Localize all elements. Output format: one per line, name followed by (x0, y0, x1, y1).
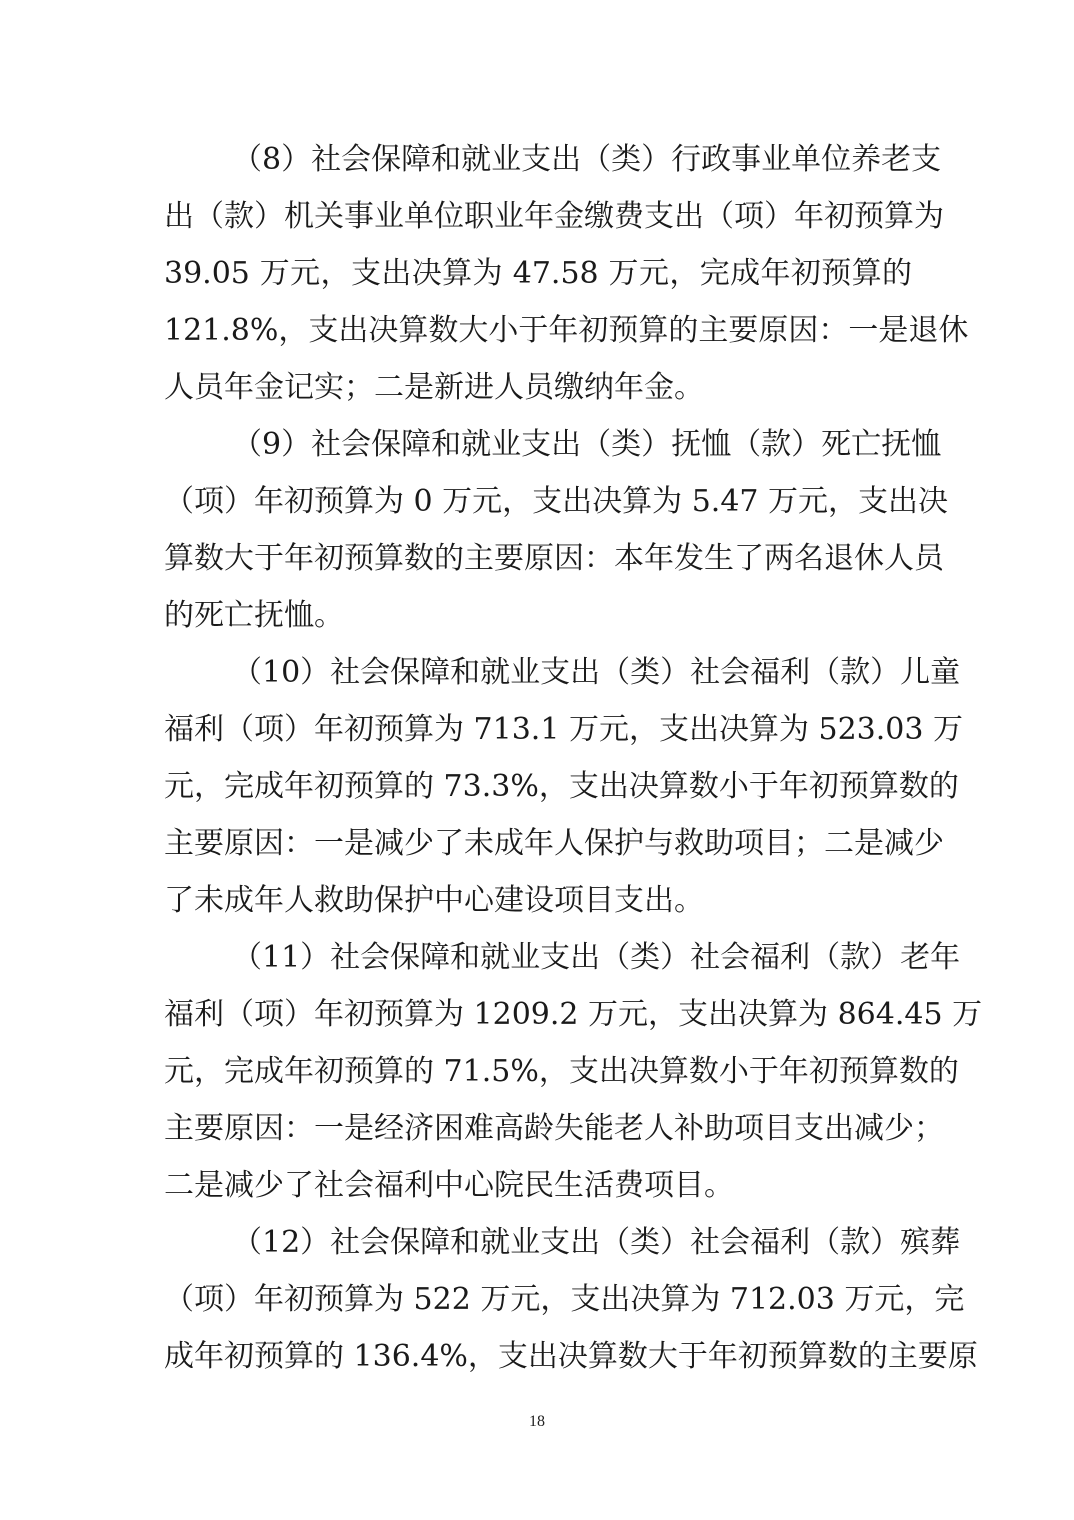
paragraph-10-line-3: 元，完成年初预算的 73.3%，支出决算数小于年初预算数的 (164, 767, 912, 807)
paragraph-11-line-3: 元，完成年初预算的 71.5%，支出决算数小于年初预算数的 (164, 1052, 912, 1092)
paragraph-11-line-4: 主要原因：一是经济困难高龄失能老人补助项目支出减少； (164, 1109, 912, 1149)
paragraph-10-line-2: 福利（项）年初预算为 713.1 万元，支出决算为 523.03 万 (164, 710, 912, 750)
paragraph-10-line-4: 主要原因：一是减少了未成年人保护与救助项目；二是减少 (164, 824, 912, 864)
paragraph-8-line-4: 121.8%，支出决算数大小于年初预算的主要原因：一是退休 (164, 311, 912, 351)
paragraph-11-line-5: 二是减少了社会福利中心院民生活费项目。 (164, 1166, 912, 1206)
paragraph-12-line-1: （12）社会保障和就业支出（类）社会福利（款）殡葬 (232, 1223, 912, 1263)
paragraph-9-line-3: 算数大于年初预算数的主要原因：本年发生了两名退休人员 (164, 539, 912, 579)
paragraph-8-line-2: 出（款）机关事业单位职业年金缴费支出（项）年初预算为 (164, 197, 912, 237)
document-page: （8）社会保障和就业支出（类）行政事业单位养老支 出（款）机关事业单位职业年金缴… (0, 0, 1074, 1520)
paragraph-8-line-5: 人员年金记实；二是新进人员缴纳年金。 (164, 368, 912, 408)
paragraph-8-line-3: 39.05 万元，支出决算为 47.58 万元，完成年初预算的 (164, 254, 912, 294)
paragraph-9-line-2: （项）年初预算为 0 万元，支出决算为 5.47 万元，支出决 (164, 482, 912, 522)
paragraph-8-line-1: （8）社会保障和就业支出（类）行政事业单位养老支 (232, 140, 912, 180)
paragraph-9-line-1: （9）社会保障和就业支出（类）抚恤（款）死亡抚恤 (232, 425, 912, 465)
paragraph-11-line-2: 福利（项）年初预算为 1209.2 万元，支出决算为 864.45 万 (164, 995, 912, 1035)
paragraph-9-line-4: 的死亡抚恤。 (164, 596, 912, 636)
paragraph-10-line-1: （10）社会保障和就业支出（类）社会福利（款）儿童 (232, 653, 912, 693)
paragraph-12-line-2: （项）年初预算为 522 万元，支出决算为 712.03 万元，完 (164, 1280, 912, 1320)
paragraph-12-line-3: 成年初预算的 136.4%，支出决算数大于年初预算数的主要原 (164, 1337, 912, 1377)
paragraph-11-line-1: （11）社会保障和就业支出（类）社会福利（款）老年 (232, 938, 912, 978)
paragraph-10-line-5: 了未成年人救助保护中心建设项目支出。 (164, 881, 912, 921)
page-number: 18 (0, 1412, 1074, 1432)
